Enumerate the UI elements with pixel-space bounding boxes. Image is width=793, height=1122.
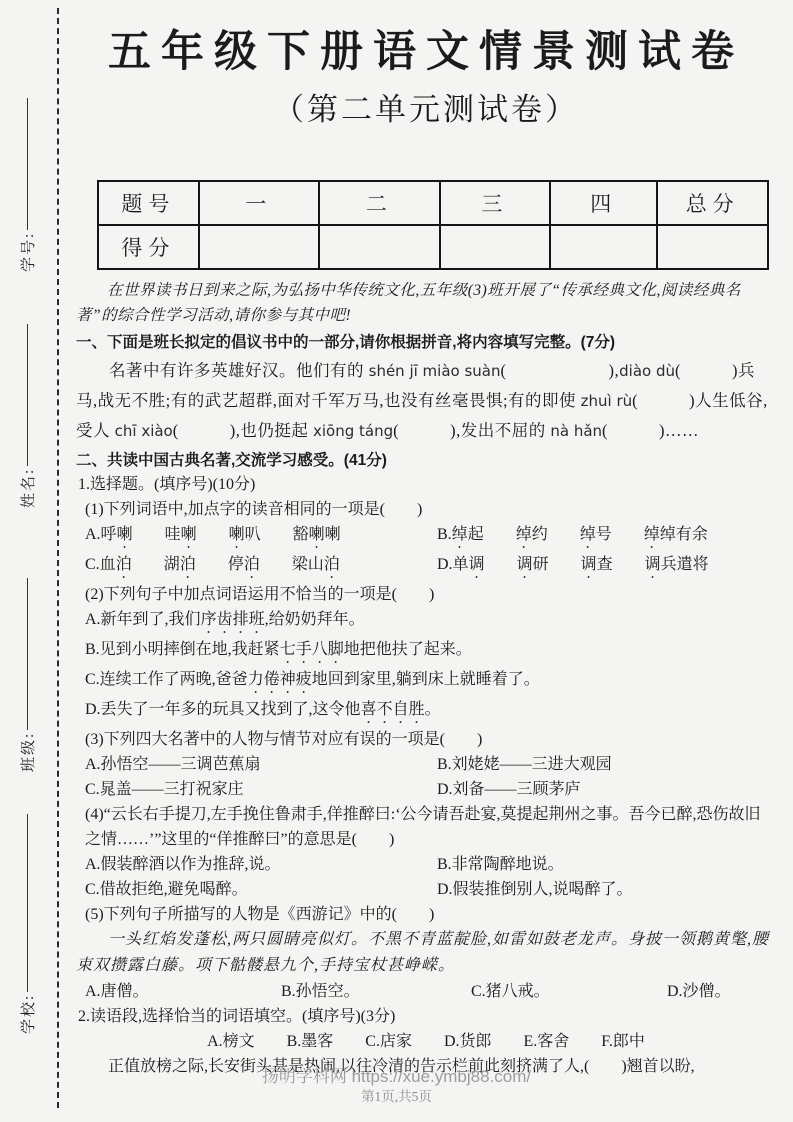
section-two-heading: 二、共读中国古典名著,交流学习感受。(41分) (76, 449, 776, 472)
page-footer: 扬明学科网 https://xue.ymbj88.com/ 第1页,共5页 (0, 1066, 793, 1106)
score-row-label: 得分 (98, 225, 199, 269)
pinyin-fill-passage: 名著中有许多英雄好汉。他们有的 shén jī miào suàn( ),dià… (76, 356, 776, 446)
footer-page-number: 第1页,共5页 (0, 1088, 793, 1106)
score-table-score-row: 得分 (98, 225, 768, 269)
student-name-field: 姓名: (17, 324, 38, 508)
question-1-4-options-row: C.借故拒绝,避免喝醉。 D.假装推倒别人,说喝醉了。 (76, 877, 776, 902)
class-field: 班级: (17, 578, 38, 772)
option-c: C.血泊 湖泊 停泊 梁山泊 (85, 552, 437, 582)
score-cell-empty (657, 225, 768, 269)
question-2-stem: 2.读语段,选择恰当的词语填空。(填序号)(3分) (76, 1004, 776, 1029)
student-number-label: 学号: (17, 232, 38, 272)
class-blank-line (27, 578, 28, 730)
option-b: B.孙悟空。 (281, 979, 471, 1004)
footer-site-url: 扬明学科网 https://xue.ymbj88.com/ (0, 1066, 793, 1088)
score-cell-empty (440, 225, 551, 269)
section-one-heading: 一、下面是班长拟定的倡议书中的一部分,请你根据拼音,将内容填写完整。(7分) (76, 331, 776, 354)
question-1-1-options-row: C.血泊 湖泊 停泊 梁山泊 D.单调 调研 调查 调兵遣将 (76, 552, 776, 582)
option-d: D.单调 调研 调查 调兵遣将 (437, 552, 776, 582)
question-1-5-quote: 一头红焰发蓬松,两只圆睛亮似灯。不黑不青蓝靛脸,如雷如鼓老龙声。身披一领鹅黄氅,… (76, 927, 776, 979)
page-title: 五年级下册语文情景测试卷 (76, 26, 776, 80)
student-number-blank-line (27, 98, 28, 230)
option-a: A.孙悟空——三调芭蕉扇 (85, 752, 437, 777)
student-name-blank-line (27, 324, 28, 466)
school-label: 学校: (17, 994, 38, 1034)
option-c: C.连续工作了两晚,爸爸力倦神疲地回到家里,躺到床上就睡着了。 (76, 667, 776, 697)
option-c: C.借故拒绝,避免喝醉。 (85, 877, 437, 902)
option-a: A.呼喇 哇喇 喇叭 豁喇喇 (85, 522, 437, 552)
score-cell-empty (199, 225, 319, 269)
question-1-4-options-row: A.假装醉酒以作为推辞,说。 B.非常陶醉地说。 (76, 852, 776, 877)
score-cell-empty (550, 225, 657, 269)
question-1-3-stem: (3)下列四大名著中的人物与情节对应有误的一项是( ) (76, 727, 776, 752)
student-info-sidebar: 学号: 姓名: 班级: 学校: (0, 0, 58, 1122)
school-field: 学校: (17, 814, 38, 1034)
question-1-stem: 1.选择题。(填序号)(10分) (76, 472, 776, 497)
option-b: B.非常陶醉地说。 (437, 852, 776, 877)
option-b: B.绰起 绰约 绰号 绰绰有余 (437, 522, 776, 552)
school-blank-line (27, 814, 28, 992)
score-table-header-cell: 四 (550, 181, 657, 225)
option-a: A.新年到了,我们序齿排班,给奶奶拜年。 (76, 607, 776, 637)
score-table: 题号 一 二 三 四 总分 得分 (97, 180, 769, 270)
page-subtitle: （第二单元测试卷） (76, 90, 776, 130)
score-table-header-row: 题号 一 二 三 四 总分 (98, 181, 768, 225)
question-1-4-stem: (4)“云长右手提刀,左手挽住鲁肃手,佯推醉曰:‘公今请吾赴宴,莫提起荆州之事。… (76, 802, 776, 852)
option-b: B.见到小明摔倒在地,我赶紧七手八脚地把他扶了起来。 (76, 637, 776, 667)
class-label: 班级: (17, 732, 38, 772)
sealing-dashed-line (57, 8, 59, 1108)
score-table-header-cell: 二 (319, 181, 439, 225)
question-1-2-stem: (2)下列句子中加点词语运用不恰当的一项是( ) (76, 582, 776, 607)
option-a: A.唐僧。 (85, 979, 281, 1004)
question-2-word-bank: A.榜文 B.墨客 C.店家 D.货郎 E.客舍 F.郎中 (76, 1029, 776, 1054)
option-c: C.晁盖——三打祝家庄 (85, 777, 437, 802)
option-d: D.刘备——三顾茅庐 (437, 777, 776, 802)
option-a: A.假装醉酒以作为推辞,说。 (85, 852, 437, 877)
score-table-header-cell: 三 (440, 181, 551, 225)
question-1-1-stem: (1)下列词语中,加点字的读音相同的一项是( ) (76, 497, 776, 522)
question-1-3-options-row: C.晁盖——三打祝家庄 D.刘备——三顾茅庐 (76, 777, 776, 802)
option-d: D.假装推倒别人,说喝醉了。 (437, 877, 776, 902)
question-1-1-options-row: A.呼喇 哇喇 喇叭 豁喇喇 B.绰起 绰约 绰号 绰绰有余 (76, 522, 776, 552)
option-d: D.丢失了一年多的玩具又找到了,这令他喜不自胜。 (76, 697, 776, 727)
student-number-field: 学号: (17, 98, 38, 272)
score-table-header-cell: 总分 (657, 181, 768, 225)
score-cell-empty (319, 225, 439, 269)
exam-paper: 五年级下册语文情景测试卷 （第二单元测试卷） 题号 一 二 三 四 总分 得分 … (76, 0, 776, 1079)
question-1-5-options-row: A.唐僧。 B.孙悟空。 C.猪八戒。 D.沙僧。 (76, 979, 776, 1004)
intro-paragraph: 在世界读书日到来之际,为弘扬中华传统文化,五年级(3)班开展了“传承经典文化,阅… (76, 278, 776, 328)
score-table-header-cell: 题号 (98, 181, 199, 225)
option-c: C.猪八戒。 (471, 979, 667, 1004)
score-table-header-cell: 一 (199, 181, 319, 225)
question-1-5-stem: (5)下列句子所描写的人物是《西游记》中的( ) (76, 902, 776, 927)
option-b: B.刘姥姥——三进大观园 (437, 752, 776, 777)
student-name-label: 姓名: (17, 468, 38, 508)
option-d: D.沙僧。 (667, 979, 776, 1004)
question-1-3-options-row: A.孙悟空——三调芭蕉扇 B.刘姥姥——三进大观园 (76, 752, 776, 777)
